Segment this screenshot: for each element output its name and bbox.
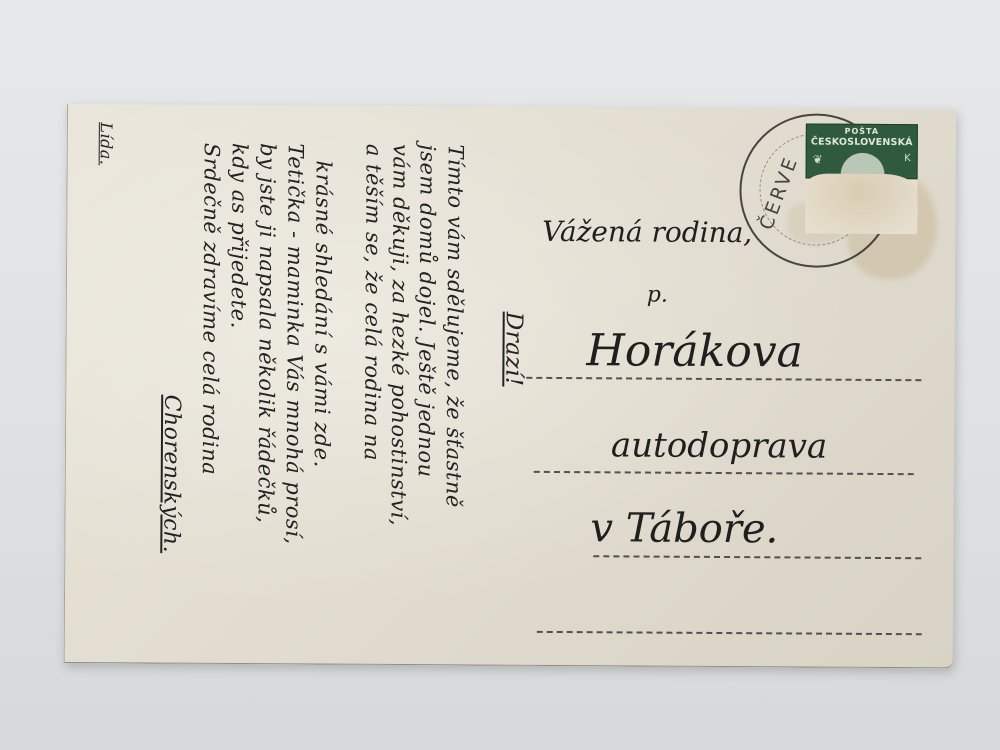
- address-rule: [537, 631, 922, 635]
- address-rule: [593, 555, 921, 559]
- message-line: kdy as přijedete.: [227, 143, 252, 329]
- margin-note: Lída.: [97, 122, 116, 165]
- message-greeting: Drazí!: [500, 312, 526, 387]
- stamp-text-country: ČESKOSLOVENSKÁ: [807, 137, 917, 149]
- address-rule: [526, 377, 921, 381]
- message-line: Srdečně zdravíme celá rodina: [198, 143, 224, 475]
- message-signature: Chorenských.: [158, 395, 184, 554]
- message-line: a těším se, že celá rodina na: [360, 144, 386, 461]
- address-salutation: Vážená rodina,: [542, 215, 752, 249]
- address-prefix: p.: [647, 283, 668, 308]
- postcard: Tímto vám sdělujeme, že šťastně Drazí! j…: [64, 104, 956, 668]
- message-line: jsem domů dojel. Ještě jednou: [414, 144, 440, 477]
- postage-stamp: POŠTA ČESKOSLOVENSKÁ ❦ K: [805, 124, 918, 235]
- linden-leaf-icon: ❦: [813, 153, 823, 167]
- address-line-3: v Táboře.: [590, 505, 778, 552]
- stamp-text-posta: POŠTA: [807, 127, 917, 137]
- handwritten-message: Tímto vám sdělujeme, že šťastně Drazí! j…: [65, 104, 538, 665]
- message-line: by jste ji napsala několik řádečků,: [253, 143, 279, 523]
- address-name: Horákova: [586, 325, 803, 377]
- message-line: vám děkuji, za hezké pohostinství,: [386, 144, 412, 526]
- message-line: Tímto vám sdělujeme, že šťastně: [442, 144, 468, 508]
- address-rule: [534, 471, 914, 475]
- message-line: krásné shledání s vámi zde.: [310, 160, 336, 467]
- message-line: Tetička - maminka Vás mnohá prosí,: [281, 143, 307, 544]
- address-line-2: autodoprava: [611, 425, 828, 466]
- torn-stamp-area: [805, 174, 917, 235]
- stamp-value: K: [904, 153, 911, 164]
